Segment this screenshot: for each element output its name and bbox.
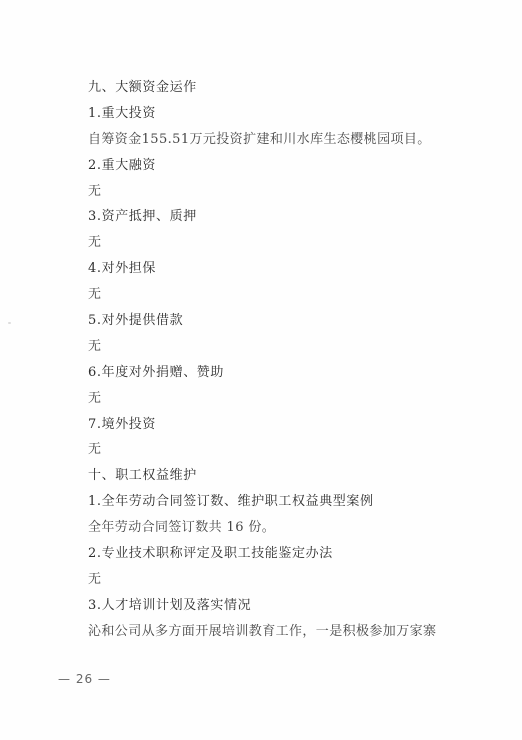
subheading-external-guarantee: 4.对外担保 bbox=[88, 256, 488, 282]
paragraph-external-guarantee: 无 bbox=[88, 282, 488, 308]
scan-speck bbox=[8, 322, 11, 324]
subheading-major-financing: 2.重大融资 bbox=[88, 153, 488, 179]
paragraph-talent-training: 沁和公司从多方面开展培训教育工作，一是积极参加万家寨 bbox=[88, 619, 488, 645]
section-heading-employee-rights: 十、职工权益维护 bbox=[88, 463, 488, 489]
paragraph-professional-titles: 无 bbox=[88, 567, 488, 593]
subheading-overseas-investment: 7.境外投资 bbox=[88, 412, 488, 438]
document-body: 九、大额资金运作 1.重大投资 自筹资金155.51万元投资扩建和川水库生态樱桃… bbox=[88, 75, 488, 645]
paragraph-donations: 无 bbox=[88, 386, 488, 412]
subheading-donations: 6.年度对外捐赠、赞助 bbox=[88, 360, 488, 386]
paragraph-labor-contracts: 全年劳动合同签订数共 16 份。 bbox=[88, 515, 488, 541]
paragraph-major-investment: 自筹资金155.51万元投资扩建和川水库生态樱桃园项目。 bbox=[88, 127, 488, 153]
subheading-external-loans: 5.对外提供借款 bbox=[88, 308, 488, 334]
subheading-labor-contracts: 1.全年劳动合同签订数、维护职工权益典型案例 bbox=[88, 489, 488, 515]
subheading-major-investment: 1.重大投资 bbox=[88, 101, 488, 127]
subheading-talent-training: 3.人才培训计划及落实情况 bbox=[88, 593, 488, 619]
paragraph-major-financing: 无 bbox=[88, 179, 488, 205]
paragraph-asset-mortgage: 无 bbox=[88, 230, 488, 256]
subheading-professional-titles: 2.专业技术职称评定及职工技能鉴定办法 bbox=[88, 541, 488, 567]
document-page: 九、大额资金运作 1.重大投资 自筹资金155.51万元投资扩建和川水库生态樱桃… bbox=[0, 0, 522, 740]
paragraph-external-loans: 无 bbox=[88, 334, 488, 360]
page-number: — 26 — bbox=[58, 672, 111, 686]
subheading-asset-mortgage: 3.资产抵押、质押 bbox=[88, 204, 488, 230]
section-heading-large-fund-operation: 九、大额资金运作 bbox=[88, 75, 488, 101]
paragraph-overseas-investment: 无 bbox=[88, 437, 488, 463]
